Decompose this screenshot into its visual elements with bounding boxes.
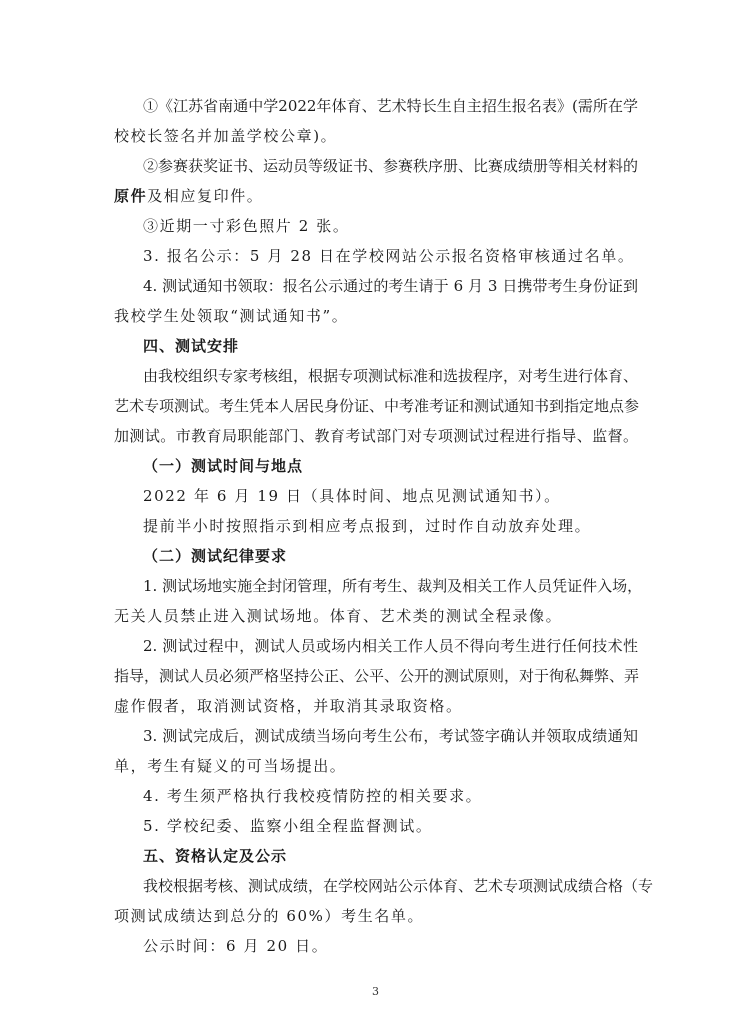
paragraph-line: 提前半小时按照指示到相应考点报到，过时作自动放弃处理。 xyxy=(143,516,591,536)
paragraph-line: 虚作假者，取消测试资格，并取消其录取资格。 xyxy=(114,696,463,716)
paragraph-line: 艺术专项测试。考生凭本人居民身份证、中考准考证和测试通知书到指定地点参 xyxy=(114,396,638,416)
section-heading: 四、测试安排 xyxy=(143,336,239,356)
paragraph-line: 无关人员禁止进入测试场地。体育、艺术类的测试全程录像。 xyxy=(114,606,562,626)
document-page: ①《江苏省南通中学2022年体育、艺术特长生自主招生报名表》(需所在学校校长签名… xyxy=(0,0,752,1022)
paragraph-line: 2022 年 6 月 19 日（具体时间、地点见测试通知书）。 xyxy=(143,486,561,506)
paragraph-line: 加测试。市教育局职能部门、教育考试部门对专项测试过程进行指导、监督。 xyxy=(114,426,638,446)
paragraph-line: 指导，测试人员必须严格坚持公正、公平、公开的测试原则，对于徇私舞弊、弄 xyxy=(114,666,638,686)
paragraph-line: 由我校组织专家考核组，根据专项测试标准和选拔程序，对考生进行体育、 xyxy=(143,366,638,386)
paragraph-line: 公示时间：6 月 20 日。 xyxy=(143,936,328,956)
section-heading: 五、资格认定及公示 xyxy=(143,846,287,866)
paragraph-line: 单，考生有疑义的可当场提出。 xyxy=(114,756,346,776)
paragraph-line: 2. 测试过程中，测试人员或场内相关工作人员不得向考生进行任何技术性 xyxy=(143,636,638,656)
paragraph-line: ①《江苏省南通中学2022年体育、艺术特长生自主招生报名表》(需所在学 xyxy=(143,96,638,116)
paragraph-line: 我校学生处领取“测试通知书”。 xyxy=(114,306,348,326)
bold-emphasis: 原件 xyxy=(114,187,147,205)
section-heading: （二）测试纪律要求 xyxy=(143,546,287,566)
section-heading: （一）测试时间与地点 xyxy=(143,456,303,476)
paragraph-line: 校校长签名并加盖学校公章)。 xyxy=(114,126,337,146)
paragraph-line: 项测试成绩达到总分的 60%）考生名单。 xyxy=(114,906,424,926)
line-text: 及相应复印件。 xyxy=(147,187,263,205)
paragraph-line: 我校根据考核、测试成绩，在学校网站公示体育、艺术专项测试成绩合格（专 xyxy=(143,876,638,896)
paragraph-line: 4. 测试通知书领取：报名公示通过的考生请于 6 月 3 日携带考生身份证到 xyxy=(143,276,638,296)
paragraph-line: ③近期一寸彩色照片 2 张。 xyxy=(143,216,349,236)
paragraph-line: 5. 学校纪委、监察小组全程监督测试。 xyxy=(143,816,432,836)
paragraph-line: 原件及相应复印件。 xyxy=(114,186,263,206)
paragraph-line: ②参赛获奖证书、运动员等级证书、参赛秩序册、比赛成绩册等相关材料的 xyxy=(143,156,638,176)
paragraph-line: 3. 报名公示：5 月 28 日在学校网站公示报名资格审核通过名单。 xyxy=(143,246,634,266)
paragraph-line: 4. 考生须严格执行我校疫情防控的相关要求。 xyxy=(143,786,482,806)
paragraph-line: 1. 测试场地实施全封闭管理，所有考生、裁判及相关工作人员凭证件入场， xyxy=(143,576,638,596)
page-number: 3 xyxy=(372,985,379,998)
paragraph-line: 3. 测试完成后，测试成绩当场向考生公布，考试签字确认并领取成绩通知 xyxy=(143,726,638,746)
